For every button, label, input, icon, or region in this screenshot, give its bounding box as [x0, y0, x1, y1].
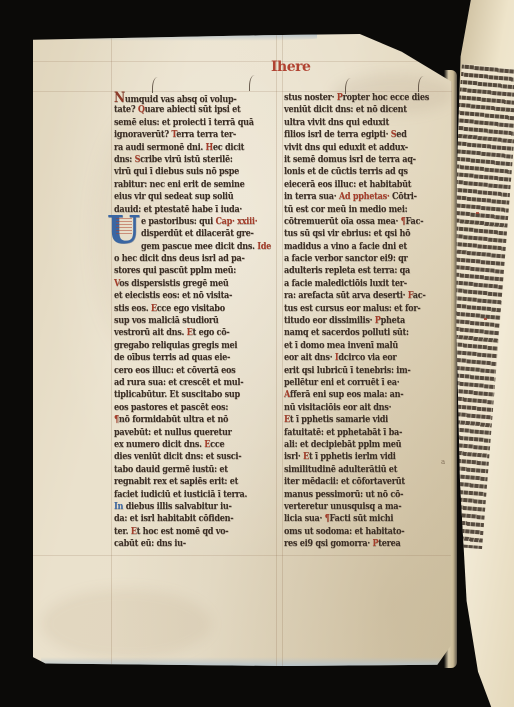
text-line: iter mēdacii: et cōfortaverūt — [284, 476, 449, 488]
text-line: regnabit rex et sapiēs erit: et — [114, 476, 279, 488]
text-line: Vos dispersistis gregē meū — [114, 278, 279, 290]
text-line: in terra sua· Ad pphetas· Cōtri- — [284, 191, 449, 203]
text-line: a facie verbor sanctor ei9: qr — [284, 253, 449, 265]
text-line: tabo dauid germē iustū: et — [114, 464, 279, 476]
ascender-flourish — [418, 76, 426, 92]
text-column-left: Numquid vas absq oī volup-tate? Quare ab… — [114, 92, 279, 550]
text-line: eiecerā eos illuc: et habitabūt — [284, 179, 449, 191]
text-line: ad rura sua: et crescēt et mul- — [114, 377, 279, 389]
text-line: ali: et decipiebāt pplm meū — [284, 439, 449, 451]
text-line: ex numero dicit dns. Ecce — [114, 439, 279, 451]
text-line: stis eos. Ecce ego visitabo — [114, 303, 279, 315]
text-line: rabitur: nec eni erit de semine — [114, 179, 279, 191]
text-line: gregabo reliquias gregis mei — [114, 340, 279, 352]
facing-page-sheet — [454, 0, 514, 707]
under-leaf-edge-bottom — [41, 657, 442, 666]
text-line: tū est cor meū in medio mei: — [284, 204, 449, 216]
text-line: cōtremuerūt oīa ossa mea· ¶Fac- — [284, 216, 449, 228]
text-line: ultra vivit dns qui eduxit — [284, 117, 449, 129]
text-line: ¶nō formidabūt ultra et nō — [114, 414, 279, 426]
text-line: erit qsi lubricū ī tenebris: im- — [284, 365, 449, 377]
text-line: manus pessimorū: ut nō cō- — [284, 489, 449, 501]
text-line: a facie maledictiōis luxit ter- — [284, 278, 449, 290]
text-line: stores qui pascūt pplm meū: — [114, 265, 279, 277]
text-line: semē eius: et proiecti ī terrā quā — [114, 117, 279, 129]
text-line: et ī domo mea invenī malū — [284, 340, 449, 352]
ascender-flourish — [152, 77, 160, 93]
text-line: vivit dns qui eduxit et addux- — [284, 142, 449, 154]
text-line: oms ut sodoma: et habitato- — [284, 526, 449, 538]
text-column-right: stus noster· Propter hoc ecce diesveniūt… — [284, 92, 449, 550]
ruling-line-vertical — [111, 34, 112, 666]
text-line: verteretur unusquisq a ma- — [284, 501, 449, 513]
text-line: ra audi sermonē dni. Hec dicit — [114, 142, 279, 154]
text-line: ra: arefacta sūt arva deserti· Fac- — [284, 290, 449, 302]
text-line: dns: Scribe virū istū sterilē: — [114, 154, 279, 166]
text-line: it semē domus isrl de terra aq- — [284, 154, 449, 166]
text-line: pellētur eni et corruēt ī ea· — [284, 377, 449, 389]
text-line: lonis et de cūctis terris ad qs — [284, 166, 449, 178]
text-line: cabūt eū: dns iu- — [114, 538, 279, 550]
ascender-flourish — [249, 75, 257, 91]
under-leaf-edge-top — [57, 34, 317, 41]
text-line: ter. Et hoc est nomē qd vo- — [114, 526, 279, 538]
text-line: cero eos illuc: et cōvertā eos — [114, 365, 279, 377]
ruling-line-horizontal — [33, 555, 452, 556]
ruling-line-horizontal — [33, 61, 452, 62]
text-line: faciet iudiciū et iusticiā ī terra. — [114, 489, 279, 501]
text-line: virū qui ī diebus suis nō pspe — [114, 166, 279, 178]
text-line: isrl· Et ī pphetis ierlm vidi — [284, 451, 449, 463]
text-line: licia sua· ¶Facti sūt michi — [284, 513, 449, 525]
text-line: namq et sacerdos polluti sūt: — [284, 327, 449, 339]
text-line: filios isrl de terra egipti· Sed — [284, 129, 449, 141]
running-title: Ihere — [271, 59, 310, 75]
text-line: veniūt dicit dns: et nō dicent — [284, 104, 449, 116]
text-line: fatuitatē: et pphetabāt ī ba- — [284, 427, 449, 439]
facing-page-rubric-speck — [484, 318, 487, 320]
text-line: eius vir qui sedeat sup soliū — [114, 191, 279, 203]
text-line: In diebus illis salvabitur iu- — [114, 501, 279, 513]
text-line: dies veniūt dicit dns: et susci- — [114, 451, 279, 463]
manuscript-photograph: Ihere U Numquid vas absq oī volup-tate? … — [0, 0, 514, 707]
text-line: et eiecistis eos: et nō visita- — [114, 290, 279, 302]
text-line: tiplicabūtur. Et suscitabo sup — [114, 389, 279, 401]
text-line: de oībus terris ad quas eie- — [114, 352, 279, 364]
facing-page-rubric-speck — [476, 212, 479, 214]
text-line: ignoraverūt? Terra terra ter- — [114, 129, 279, 141]
text-line: madidus a vino a facie dni et — [284, 241, 449, 253]
text-line: eos pastores et pascēt eos: — [114, 402, 279, 414]
text-line: adulteris repleta est terra: qa — [284, 265, 449, 277]
text-line: eor ait dns· Idcirco via eor — [284, 352, 449, 364]
text-line: tus est cursus eor malus: et for- — [284, 303, 449, 315]
text-line: similitudinē adulterātiū et — [284, 464, 449, 476]
text-line: Et ī pphetis samarie vidi — [284, 414, 449, 426]
manuscript-page: Ihere U Numquid vas absq oī volup-tate? … — [33, 34, 452, 666]
margin-note: a — [441, 458, 445, 466]
chapter-initial-letter: U — [107, 210, 139, 252]
text-line: pavebūt: et nullus queretur — [114, 427, 279, 439]
text-line: vestrorū ait dns. Et ego cō- — [114, 327, 279, 339]
parchment-stain — [41, 589, 211, 659]
text-line: o hec dicit dns deus isrl ad pa- — [114, 253, 279, 265]
text-line: tus sū qsi vir ebrius: et qsi hō — [284, 228, 449, 240]
facing-page — [454, 0, 514, 707]
text-line: sup vos maliciā studiorū — [114, 315, 279, 327]
text-line: tate? Quare abiecti sūt ipsi et — [114, 104, 279, 116]
text-line: stus noster· Propter hoc ecce dies — [284, 92, 449, 104]
ruling-line-vertical — [282, 34, 283, 666]
text-line: nū visitaciōis eor ait dns· — [284, 402, 449, 414]
text-line: Numquid vas absq oī volup- — [114, 92, 279, 104]
text-line: da: et isrl habitabit cōfiden- — [114, 513, 279, 525]
text-line: res ei9 qsi gomorra· Pterea — [284, 538, 449, 550]
text-line: Afferā eni sup eos mala: an- — [284, 389, 449, 401]
text-line: titudo eor dissimilis· Ppheta — [284, 315, 449, 327]
